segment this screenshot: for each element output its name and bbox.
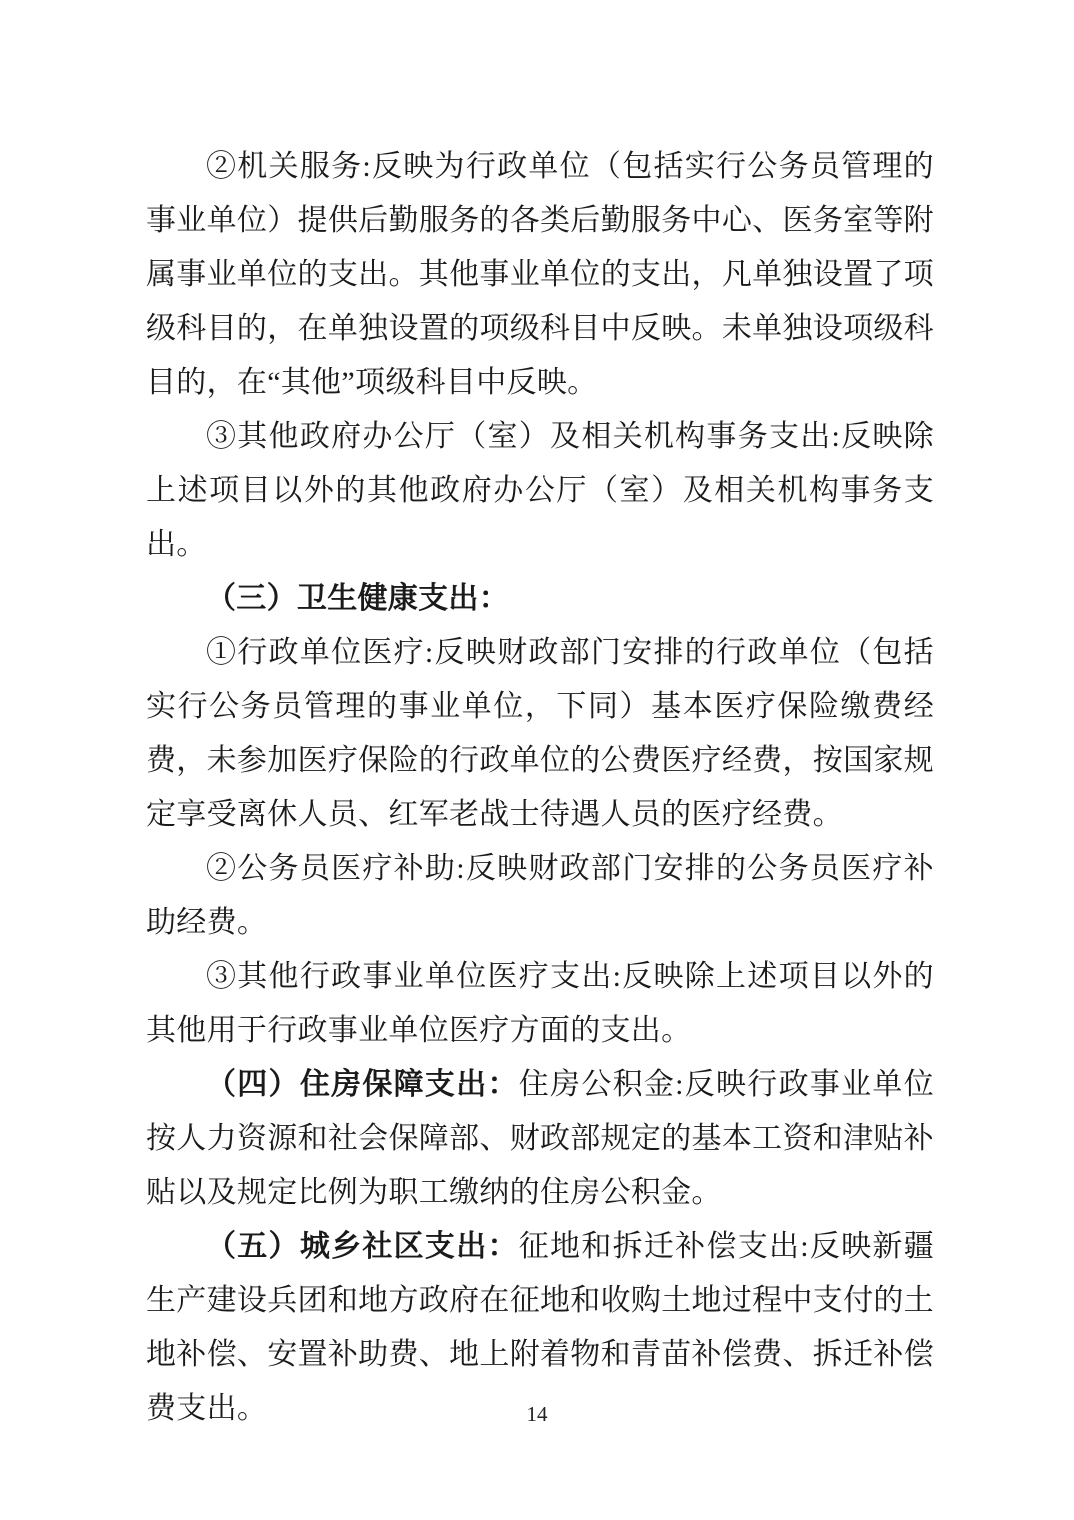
page-number: 14 xyxy=(0,1400,1074,1428)
paragraph-administrative-unit-medical: ①行政单位医疗:反映财政部门安排的行政单位（包括实行公务员管理的事业单位，下同）… xyxy=(146,626,934,842)
document-body: ②机关服务:反映为行政单位（包括实行公务员管理的事业单位）提供后勤服务的各类后勤… xyxy=(146,140,934,1436)
section-heading-urban-rural-community: （五）城乡社区支出： xyxy=(206,1230,519,1263)
paragraph-other-government-office-affairs: ③其他政府办公厅（室）及相关机构事务支出:反映除上述项目以外的其他政府办公厅（室… xyxy=(146,410,934,572)
section-heading-housing-security: （四）住房保障支出： xyxy=(206,1068,519,1101)
paragraph-organ-services: ②机关服务:反映为行政单位（包括实行公务员管理的事业单位）提供后勤服务的各类后勤… xyxy=(146,140,934,410)
paragraph-housing-security-expenditure: （四）住房保障支出：住房公积金:反映行政事业单位按人力资源和社会保障部、财政部规… xyxy=(146,1058,934,1220)
section-heading-health-expenditure: （三）卫生健康支出： xyxy=(146,572,934,626)
paragraph-other-administrative-medical-expenditure: ③其他行政事业单位医疗支出:反映除上述项目以外的其他用于行政事业单位医疗方面的支… xyxy=(146,950,934,1058)
paragraph-civil-servant-medical-subsidy: ②公务员医疗补助:反映财政部门安排的公务员医疗补助经费。 xyxy=(146,842,934,950)
document-page: ②机关服务:反映为行政单位（包括实行公务员管理的事业单位）提供后勤服务的各类后勤… xyxy=(0,0,1074,1520)
